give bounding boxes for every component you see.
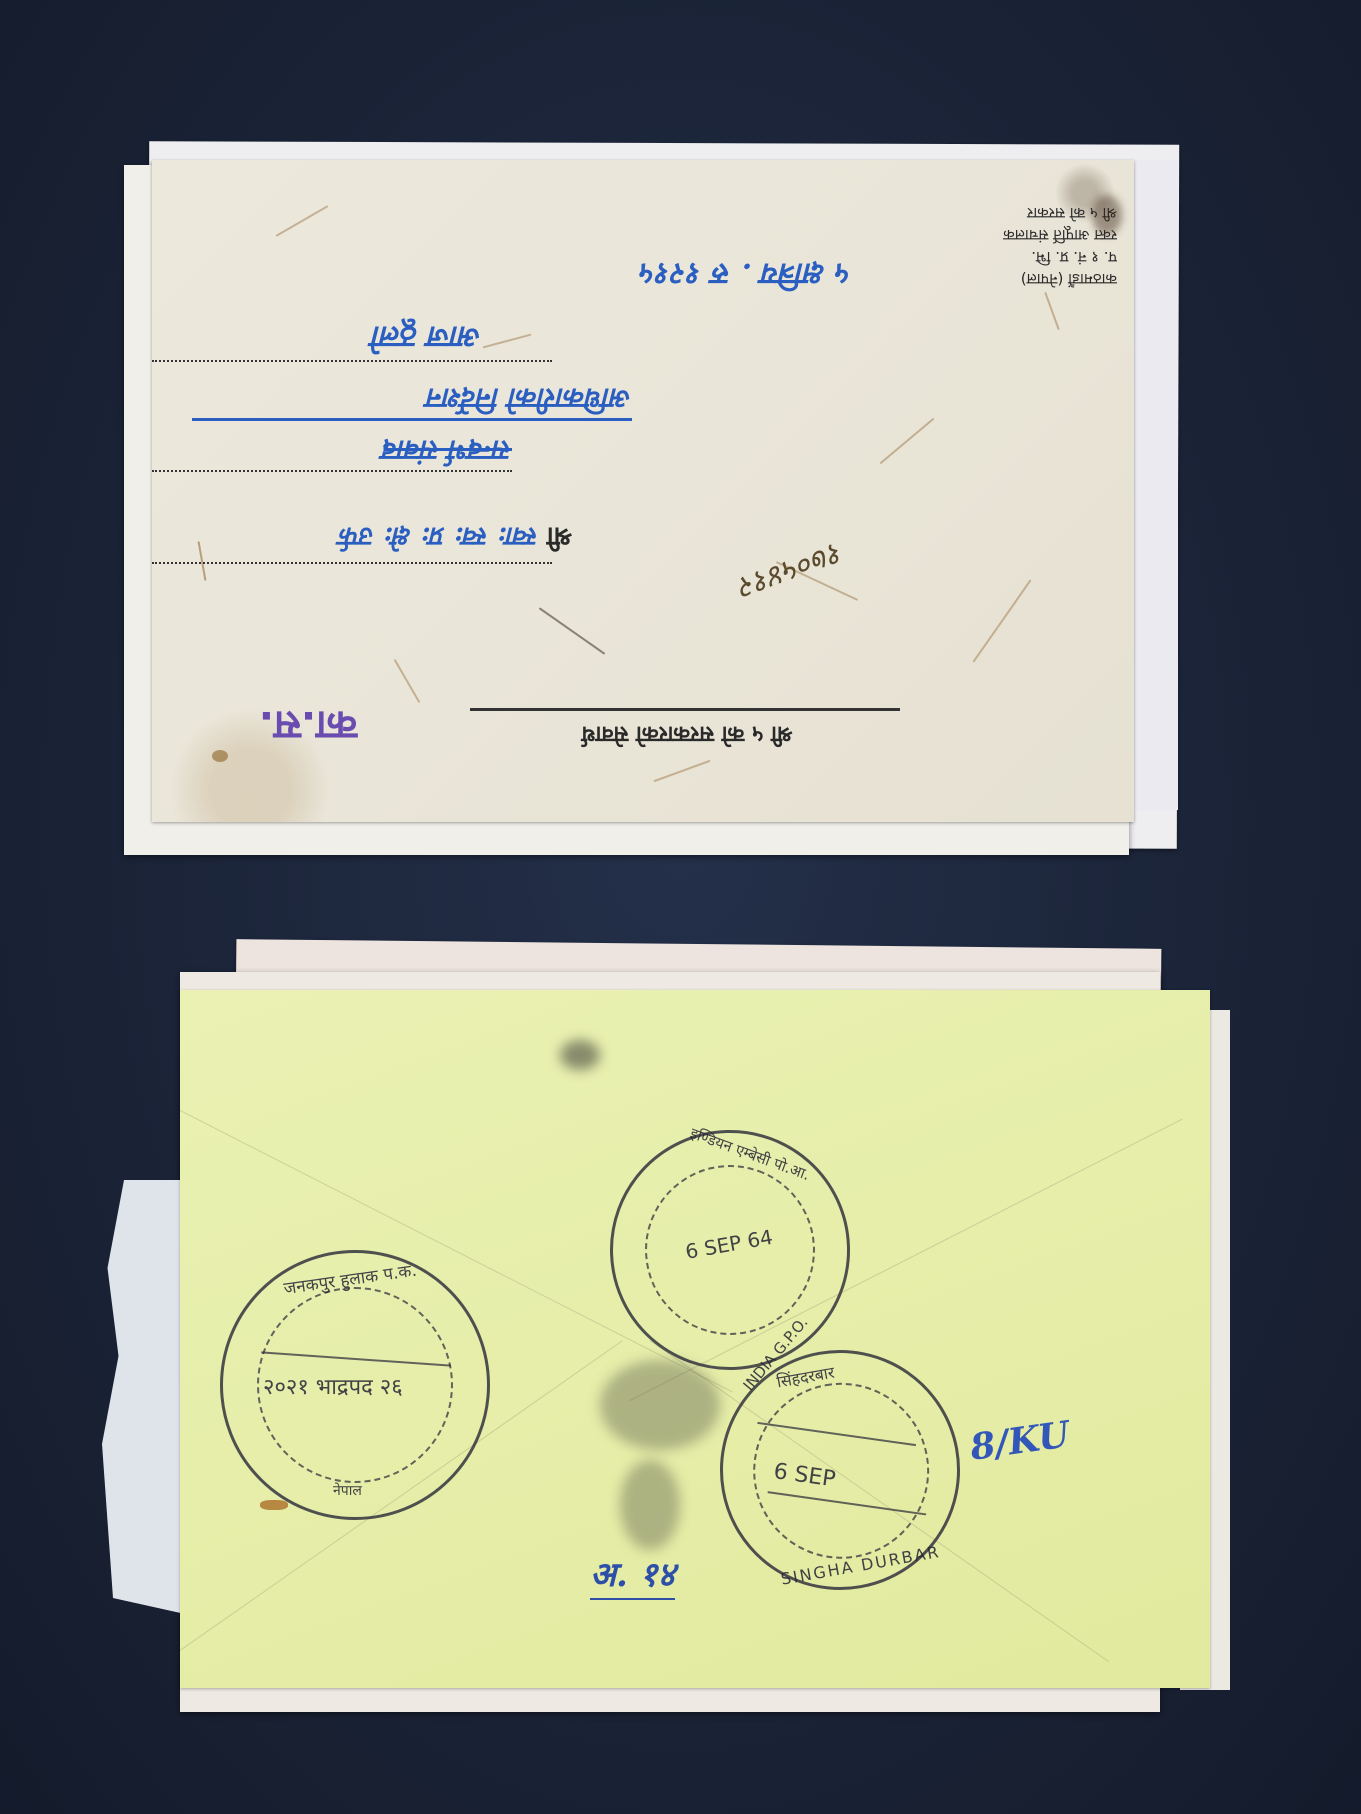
printed-official-service-label: श्री ५ को सरकारको सेवार्थ xyxy=(482,720,892,750)
printed-sender-office: रक्त आपूर्ति संचालक xyxy=(857,224,1117,246)
handwritten-struck-line: सन्दर्भ संवाद xyxy=(152,432,512,470)
postmark-singha-durbar: सिंहदरबार 6 SEP SINGHA DURBAR xyxy=(701,1331,979,1609)
handwritten-blue-note: अ. १४ xyxy=(590,1550,675,1600)
address-dotted-line-2 xyxy=(152,470,512,472)
handwritten-initials: 8/KU xyxy=(968,1413,1072,1468)
printed-sender-pobox: प. १ नं. प्र. भि. xyxy=(857,246,1117,268)
handwritten-reference-line: ५ क्षत्रिय . रु १२१५ xyxy=(172,255,852,296)
addressee-prefix: श्री xyxy=(547,521,572,551)
purple-handstamp: का.स. xyxy=(238,700,378,755)
footer-rule xyxy=(470,708,900,711)
yellow-envelope-back: जनकपुर हुलाक प.क. २०२१ भाद्रपद २६ नेपाल … xyxy=(180,990,1210,1688)
stain-spot xyxy=(1092,195,1122,235)
address-dotted-line-1 xyxy=(152,360,552,362)
postmark-nepal-bottom-text: नेपाल xyxy=(333,1481,362,1500)
handwritten-file-number: १७०५४१२ xyxy=(573,533,850,667)
official-cover-front: काठमाडौं (नेपाल) प. १ नं. प्र. भि. रक्त … xyxy=(152,160,1134,822)
printed-sender-block: काठमाडौं (नेपाल) प. १ नं. प्र. भि. रक्त … xyxy=(857,202,1117,290)
handwritten-address-line-3: अधिकारीको निर्देशन xyxy=(192,380,632,421)
addressee-handwritten: स्वा: स्व: प्र: क्षे: उर्फ xyxy=(340,521,538,551)
postmark-nepal-dated: जनकपुर हुलाक प.क. २०२१ भाद्रपद २६ नेपाल xyxy=(220,1250,490,1520)
printed-sender-city: काठमाडौं (नेपाल) xyxy=(857,268,1117,290)
printed-sender-govt: श्री ५ को सरकार xyxy=(857,202,1117,224)
handwritten-address-line-2: आज ठूलो xyxy=(222,318,482,359)
addressee-line: श्री स्वा: स्व: प्र: क्षे: उर्फ xyxy=(152,520,572,556)
stain-spot xyxy=(212,750,228,762)
rust-spot xyxy=(260,1500,288,1510)
address-dotted-line-3 xyxy=(152,562,552,564)
postmark-nepal-date: २०२१ भाद्रपद २६ xyxy=(263,1371,403,1401)
